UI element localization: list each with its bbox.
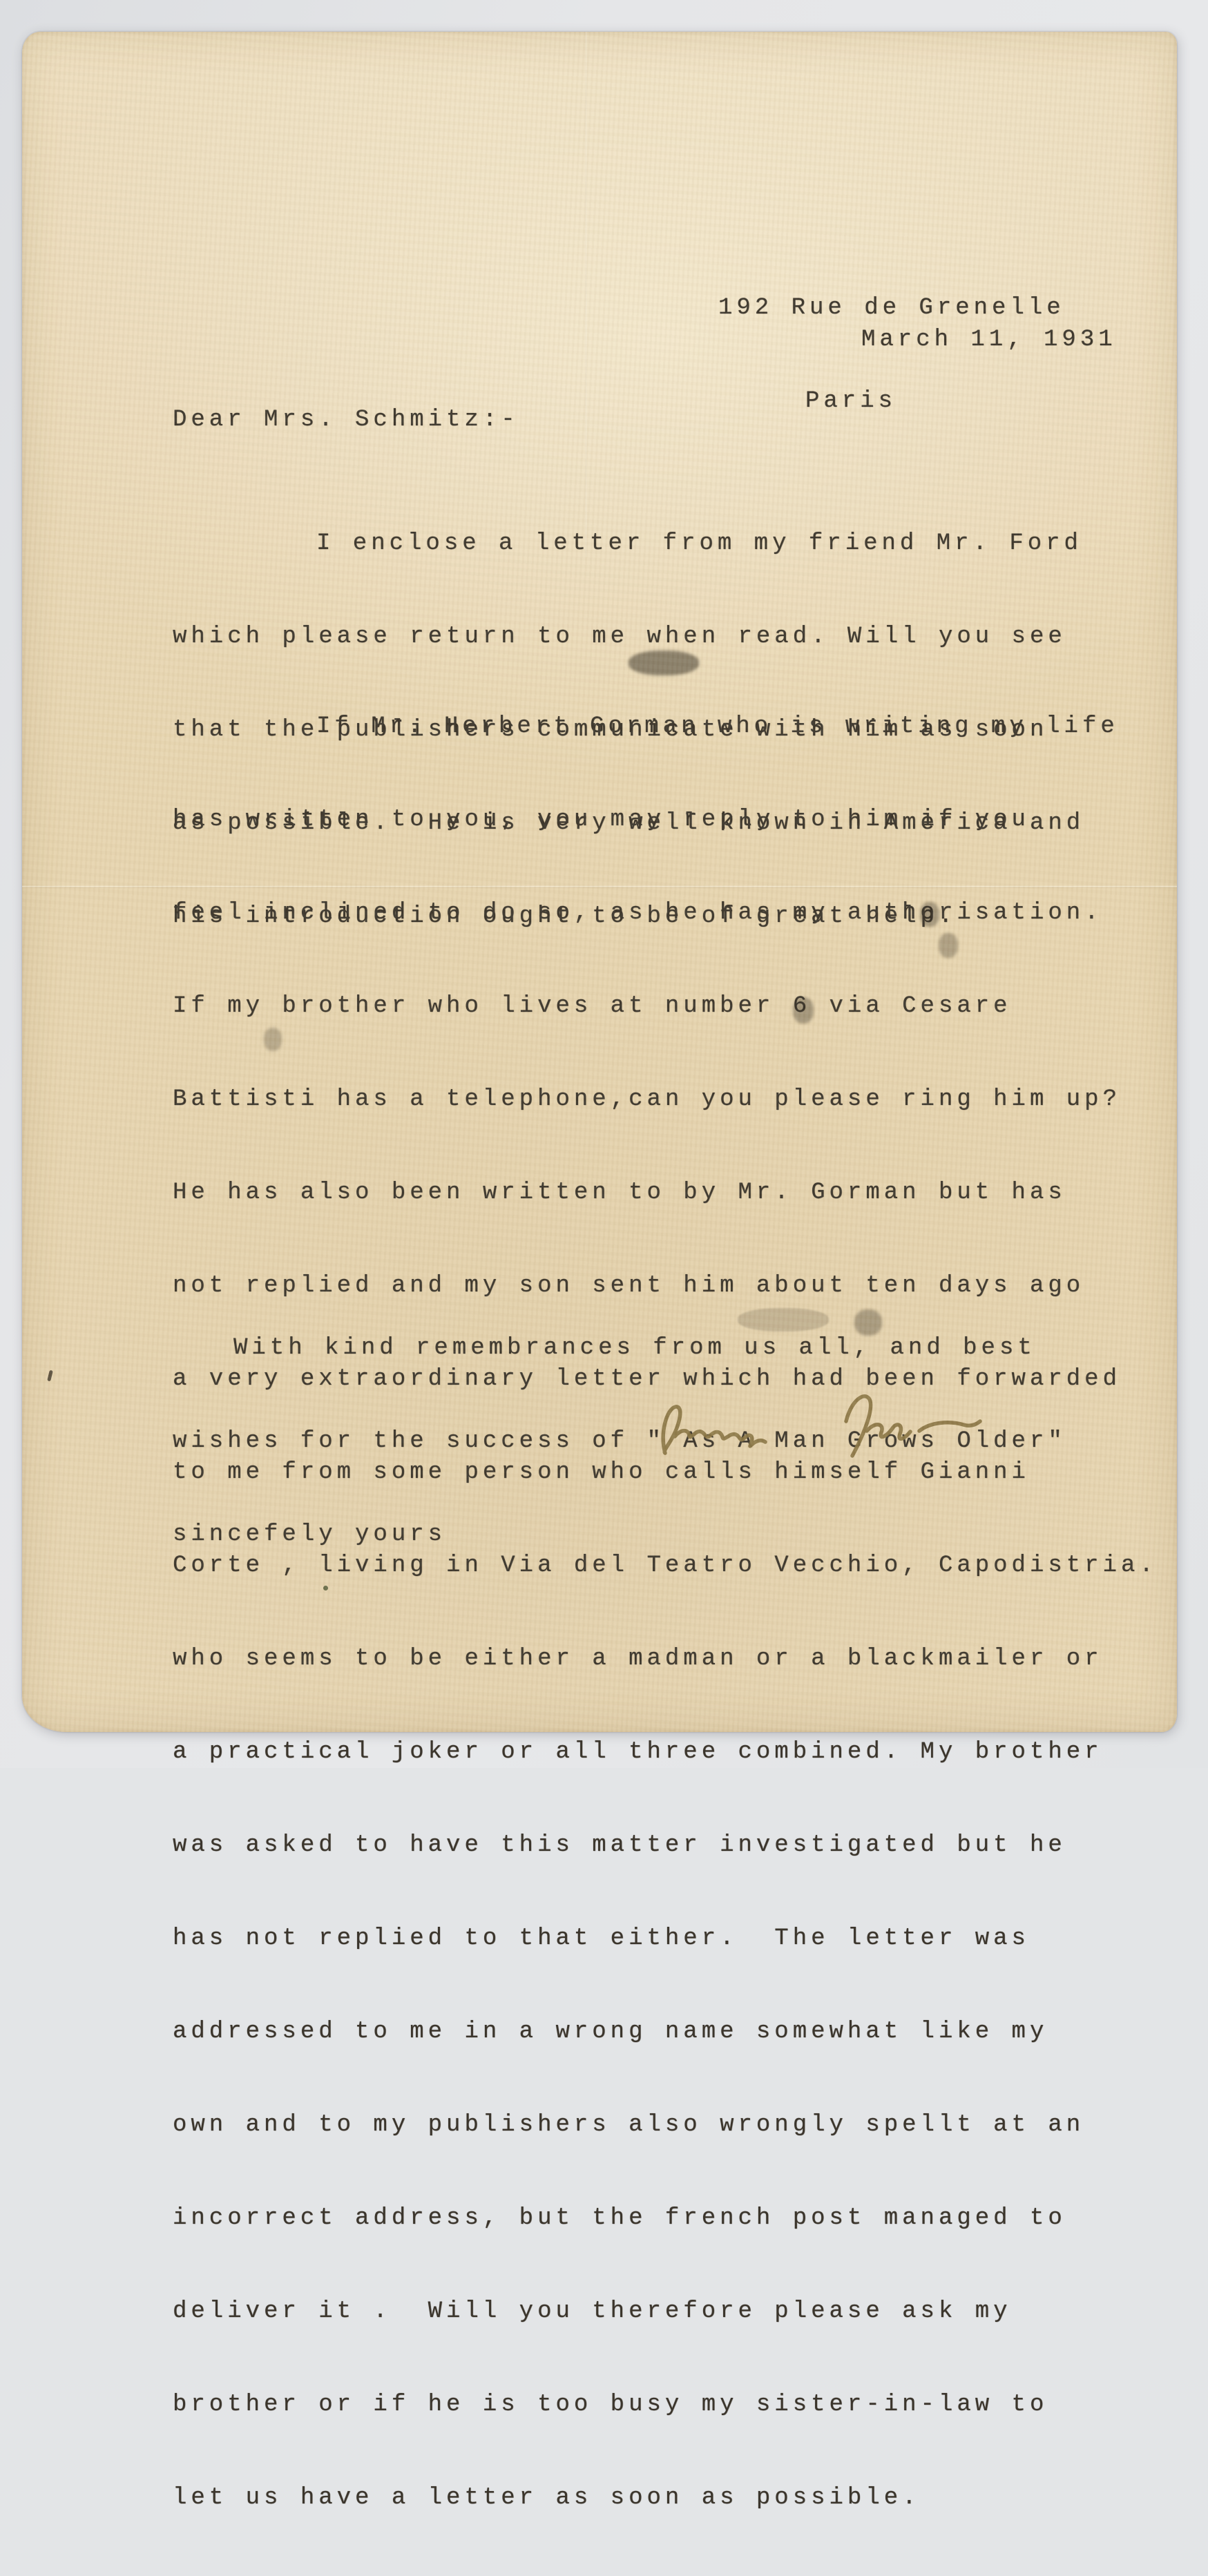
date-line: March 11, 1931 <box>861 325 1117 356</box>
sender-address-line-1: 192 Rue de Grenelle <box>718 293 1065 324</box>
body-line: Battisti has a telephone,can you please … <box>173 1084 1158 1115</box>
signature-ink-strokes <box>639 1381 998 1471</box>
closing-line: With kind remembrances from us all, and … <box>173 1333 1066 1364</box>
body-line: who seems to be either a madman or a bla… <box>173 1644 1158 1675</box>
body-line: which please return to me when read. Wil… <box>173 622 1084 653</box>
body-line: I enclose a letter from my friend Mr. Fo… <box>173 528 1084 559</box>
letter-paper: 192 Rue de Grenelle Paris March 11, 1931… <box>22 32 1177 1732</box>
paper-speck <box>323 1586 328 1590</box>
salutation: Dear Mrs. Schmitz:- <box>173 405 519 436</box>
signature-handwriting <box>639 1381 998 1471</box>
body-line: a practical joker or all three combined.… <box>173 1737 1158 1768</box>
body-line: feel inclined to do so, as he has my aut… <box>173 898 1158 929</box>
closing-line: sincefely yours <box>173 1519 1066 1550</box>
stray-ink-mark <box>47 1370 53 1382</box>
body-line: He has also been written to by Mr. Gorma… <box>173 1178 1158 1209</box>
body-line: has written to you, you may reply to him… <box>173 805 1158 836</box>
body-line: If Mr. Herbert Gorman who is writing my … <box>173 711 1158 742</box>
body-line: If my brother who lives at number 6 via … <box>173 991 1158 1022</box>
sender-address-line-2: Paris <box>718 386 1065 417</box>
